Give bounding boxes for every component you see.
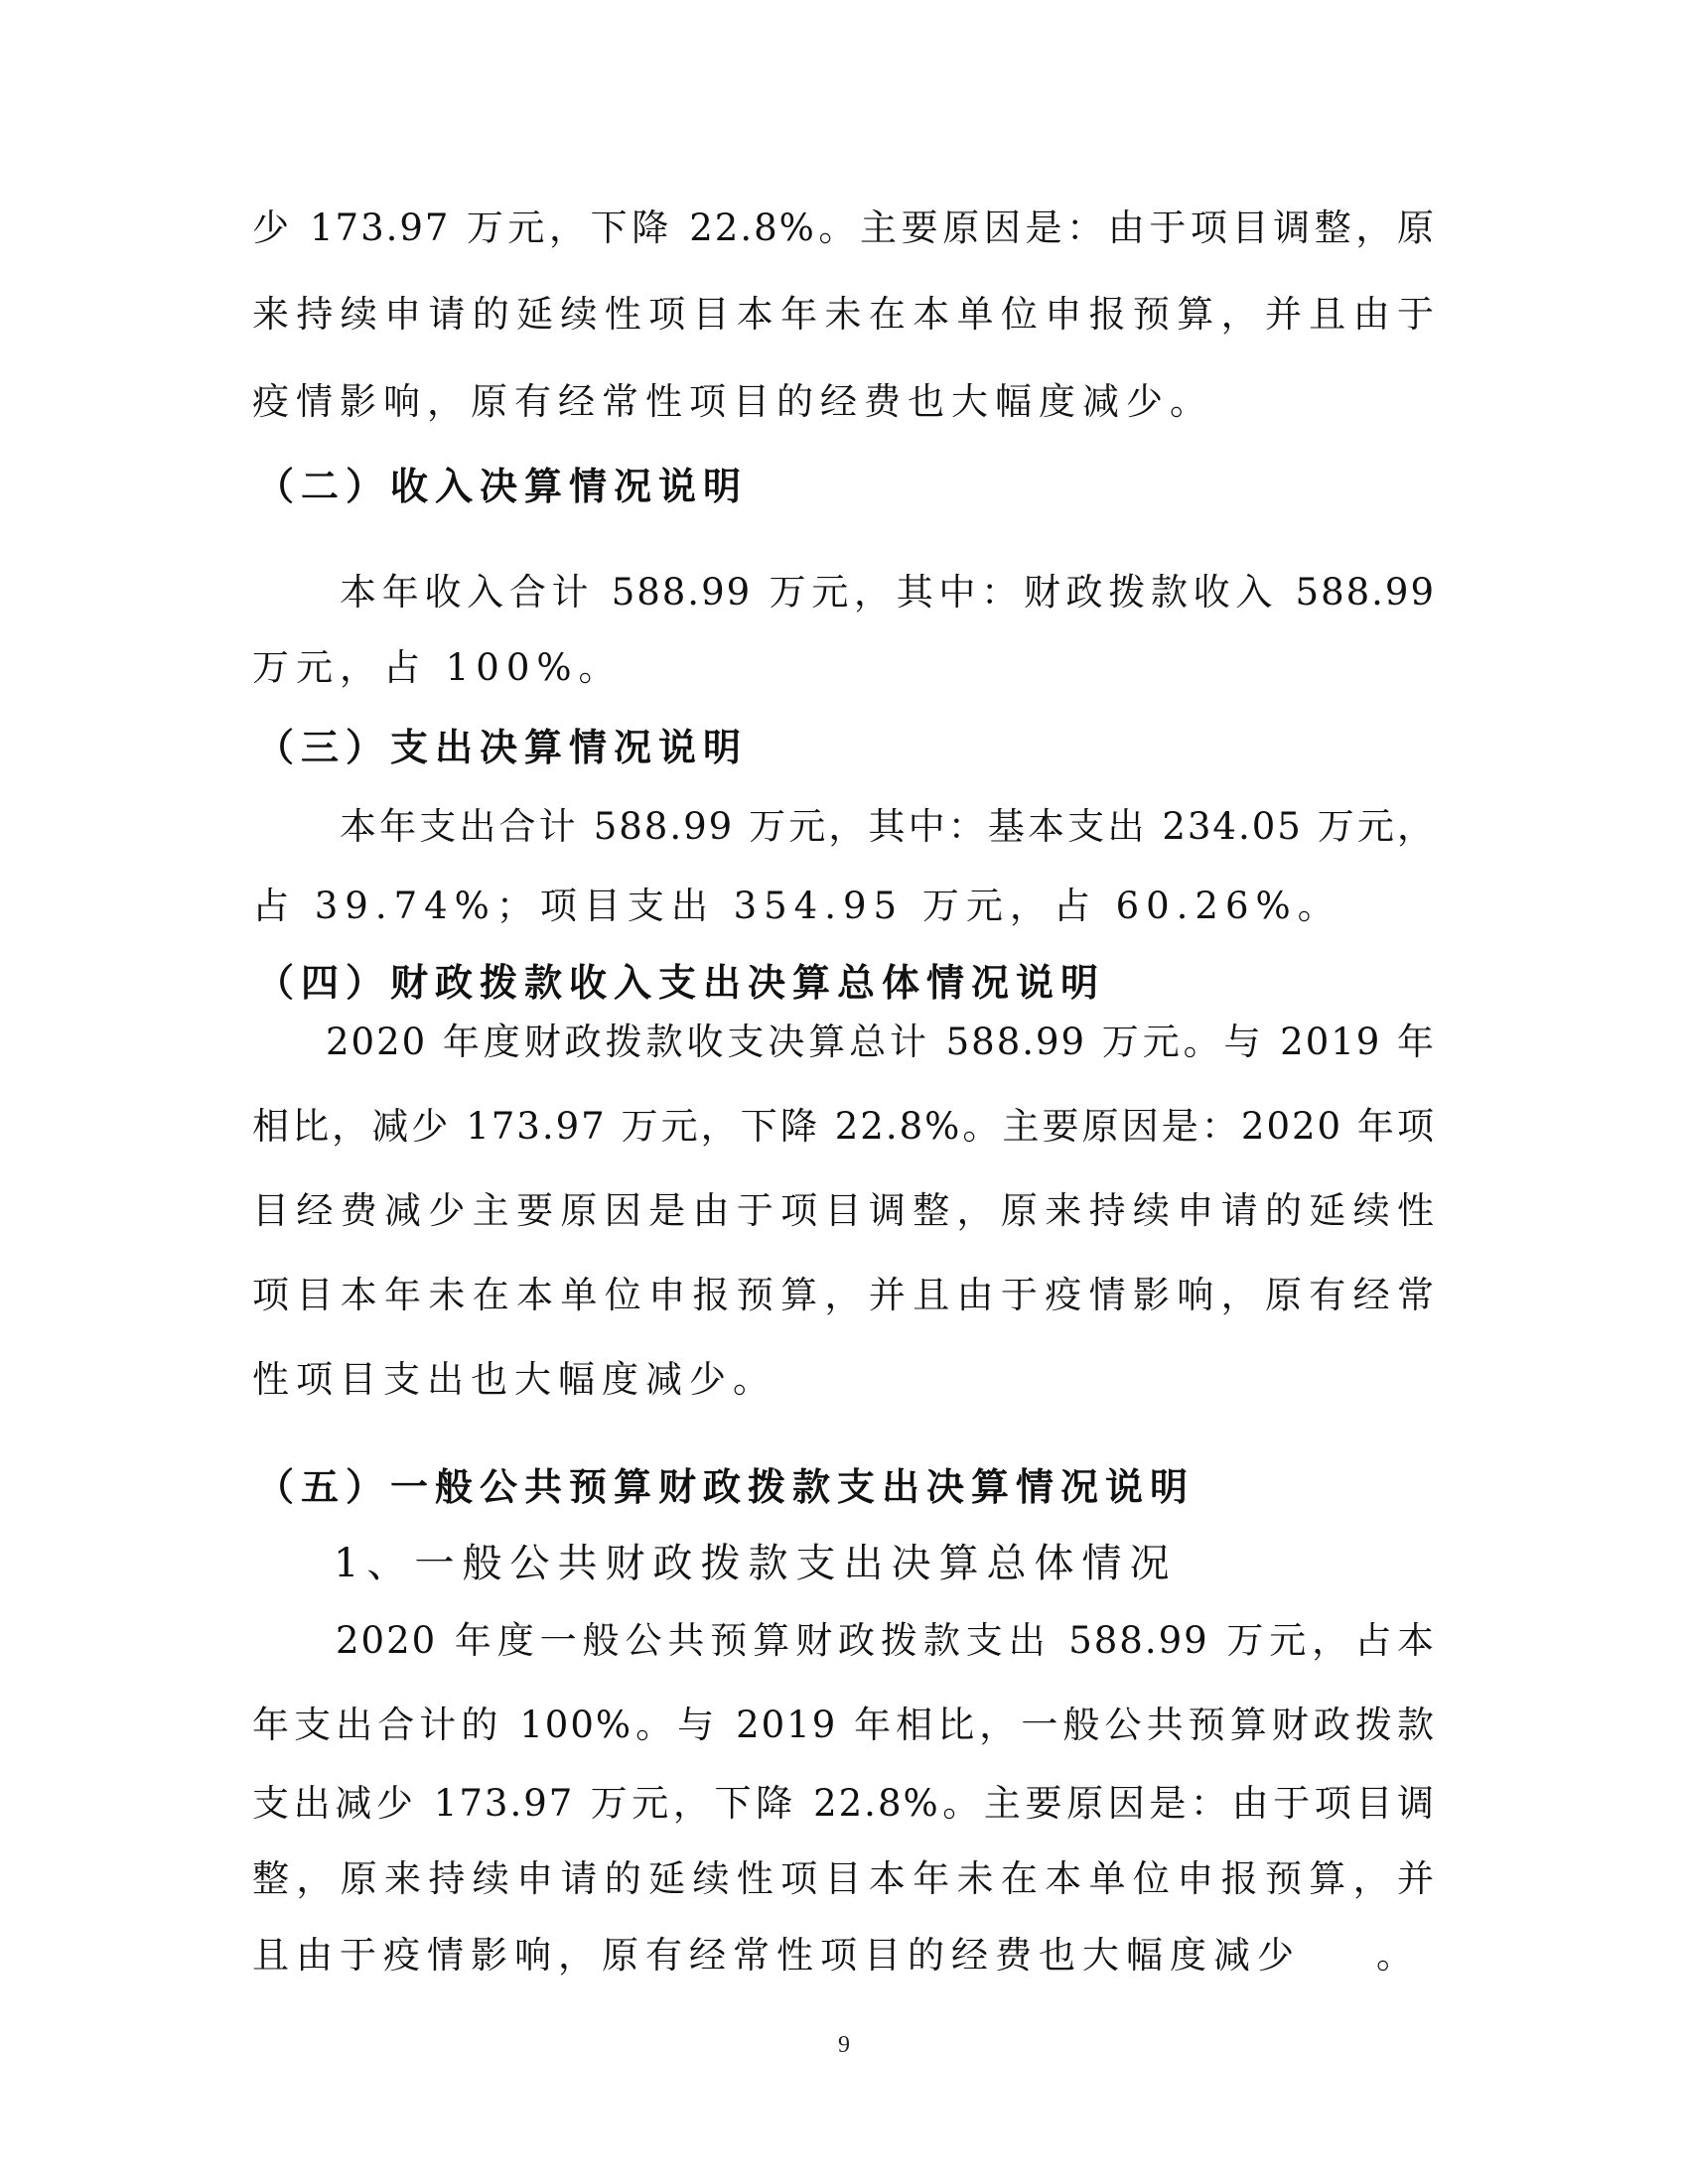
paragraph-line: 性项目支出也大幅度减少。 [252,1355,776,1405]
paragraph-line: 目经费减少主要原因是由于项目调整，原来持续申请的延续性 [252,1186,1436,1236]
paragraph-line: 本年支出合计 588.99 万元，其中：基本支出 234.05 万元， [340,802,1436,852]
paragraph-line: 2020 年度一般公共预算财政拨款支出 588.99 万元，占本 [336,1616,1436,1666]
paragraph-line: 支出减少 173.97 万元，下降 22.8%。主要原因是：由于项目调 [252,1779,1436,1829]
paragraph-line: 整，原来持续申请的延续性项目本年未在本单位申报预算，并 [252,1854,1436,1904]
paragraph-line: 占 39.74%；项目支出 354.95 万元，占 60.26%。 [252,882,1341,931]
paragraph-line: 项目本年未在本单位申报预算，并且由于疫情影响，原有经常 [252,1271,1436,1320]
paragraph-line: 少 173.97 万元，下降 22.8%。主要原因是：由于项目调整，原 [252,204,1436,253]
paragraph-line: 相比，减少 173.97 万元，下降 22.8%。主要原因是：2020 年项 [252,1102,1436,1152]
paragraph-line: 来持续申请的延续性项目本年未在本单位申报预算，并且由于 [252,290,1436,340]
subsection-heading: 1、一般公共财政拨款支出决算总体情况 [334,1539,1177,1588]
trailing-period: 。 [1376,1931,1415,1980]
section-heading-income: （二）收入决算情况说明 [256,462,748,511]
document-page: 少 173.97 万元，下降 22.8%。主要原因是：由于项目调整，原 来持续申… [0,0,1688,2184]
paragraph-line: 疫情影响，原有经常性项目的经费也大幅度减少。 [252,377,1213,427]
section-heading-expenditure: （三）支出决算情况说明 [256,723,748,772]
section-heading-fiscal-overview: （四）财政拨款收入支出决算总体情况说明 [256,958,1105,1008]
paragraph-line: 年支出合计的 100%。与 2019 年相比，一般公共预算财政拨款 [252,1701,1436,1750]
page-number: 9 [794,2030,894,2060]
section-heading-general-public-budget: （五）一般公共预算财政拨款支出决算情况说明 [256,1462,1195,1512]
paragraph-line: 本年收入合计 588.99 万元，其中：财政拨款收入 588.99 [340,568,1436,617]
paragraph-line: 2020 年度财政拨款收支决算总计 588.99 万元。与 2019 年 [326,1018,1436,1067]
paragraph-line: 且由于疫情影响，原有经常性项目的经费也大幅度减少 [252,1931,1301,1980]
paragraph-line: 万元，占 100%。 [252,643,623,693]
